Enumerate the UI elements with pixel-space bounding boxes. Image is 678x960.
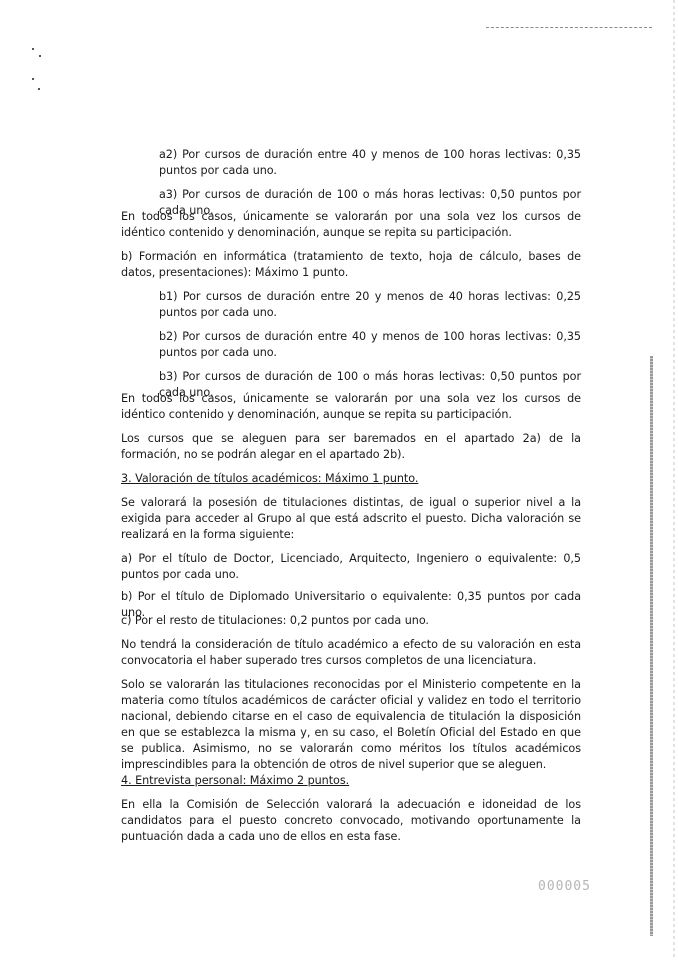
paragraph: a2) Por cursos de duración entre 40 y me… — [159, 147, 581, 179]
paragraph: En todos los casos, únicamente se valora… — [121, 391, 581, 423]
paragraph: b1) Por cursos de duración entre 20 y me… — [159, 289, 581, 321]
paragraph: Los cursos que se aleguen para ser barem… — [121, 431, 581, 463]
scanned-page: a2) Por cursos de duración entre 40 y me… — [0, 0, 678, 960]
paragraph: En todos los casos, únicamente se valora… — [121, 209, 581, 241]
scan-artifact-side-bar — [650, 356, 653, 936]
paragraph: No tendrá la consideración de título aca… — [121, 637, 581, 669]
page-stamp: 000005 — [538, 879, 591, 894]
scan-speck — [32, 78, 34, 80]
paragraph: Se valorará la posesión de titulaciones … — [121, 495, 581, 543]
paragraph: c) Por el resto de titulaciones: 0,2 pun… — [121, 613, 581, 629]
scan-artifact-top-line — [486, 27, 652, 28]
scan-artifact-edge — [673, 0, 675, 960]
paragraph: b2) Por cursos de duración entre 40 y me… — [159, 329, 581, 361]
paragraph: Solo se valorarán las titulaciones recon… — [121, 677, 581, 773]
paragraph: En ella la Comisión de Selección valorar… — [121, 797, 581, 845]
scan-speck — [38, 88, 40, 90]
section-heading: 4. Entrevista personal: Máximo 2 puntos. — [121, 773, 581, 789]
section-heading: 3. Valoración de títulos académicos: Máx… — [121, 471, 581, 487]
paragraph: a) Por el título de Doctor, Licenciado, … — [121, 551, 581, 583]
scan-speck — [39, 55, 41, 57]
paragraph: b) Formación en informática (tratamiento… — [121, 249, 581, 281]
scan-speck — [32, 48, 34, 50]
